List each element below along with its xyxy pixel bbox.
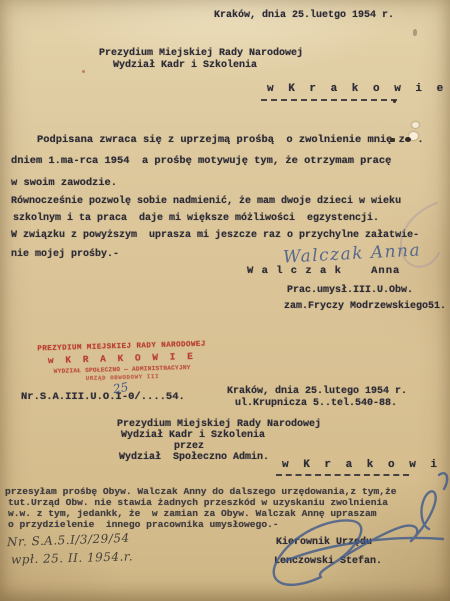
office-address: ul.Krupnicza 5..tel.540-88. [235,399,397,409]
office-stamp: PREZYDIUM MIEJSKIEJ RADY NARODOWEJ w K R… [24,340,221,383]
city-underline [261,99,397,101]
signature-typed: W a l c z a k Anna [247,266,400,277]
recipient-dept: Wydział Kadr i Szkolenia [113,61,257,71]
recipient2-dept2: Wydział Społeczno Admin. [119,453,269,463]
handwritten-ref-note: Nr. S.A.5.I/3/29/54 [7,531,130,549]
faint-ink-scribble [385,195,447,277]
recipient-org: Prezydium Miejskiej Rady Narodowej [99,49,303,59]
reference-handwritten-25: 25 [112,380,129,396]
recipient-city: w K r a k o w i e [267,84,447,95]
date-line-top: Kraków, dnia 25.luetgo 1954 r. [214,11,394,21]
office-date: Kraków, dnia 25.lutego 1954 r. [227,387,407,397]
reference-number: Nr.S.A.III.U.O.I-0/....54. [21,392,185,403]
para1-line3: w swoim zawodzie. [11,178,117,188]
dark-speck [393,100,396,103]
paper-smudge [413,29,417,36]
document-page: Kraków, dnia 25.luetgo 1954 r. Prezydium… [0,0,450,601]
para1-line2: dniem 1.ma-rca 1954 a prośbę motywuję ty… [11,156,391,166]
paper-hole [412,122,419,128]
recipient2-org: Prezydium Miejskiej Rady Narodowej [117,420,321,430]
dark-speck [390,138,395,142]
signature-address: zam.Fryczy Modrzewskiego51. [284,302,446,312]
para2-line4: nie mojej prośby.- [11,250,119,260]
handwritten-signature-lenczowski [225,465,450,595]
handwritten-received-note: wpł. 25. II. 1954.r. [11,549,133,566]
para2-line2: szkolnym i ta praca daje mi większe móżl… [13,214,379,224]
recipient2-via: przez [174,442,204,452]
dark-speck [405,137,411,142]
red-speck [82,70,85,73]
signature-occupation: Prac.umysł.III.U.Obw. [287,286,413,296]
para2-line1: Równocześnie pozwolę sobie nadmienić, że… [11,197,401,207]
para2-line3: W związku z powyższym uprasza mi jeszcze… [11,231,419,241]
recipient2-dept: Wydział Kadr i Szkolenia [121,431,265,441]
para1-line1: Podpisana zwraca się z uprzejmą prośbą o… [37,135,424,145]
